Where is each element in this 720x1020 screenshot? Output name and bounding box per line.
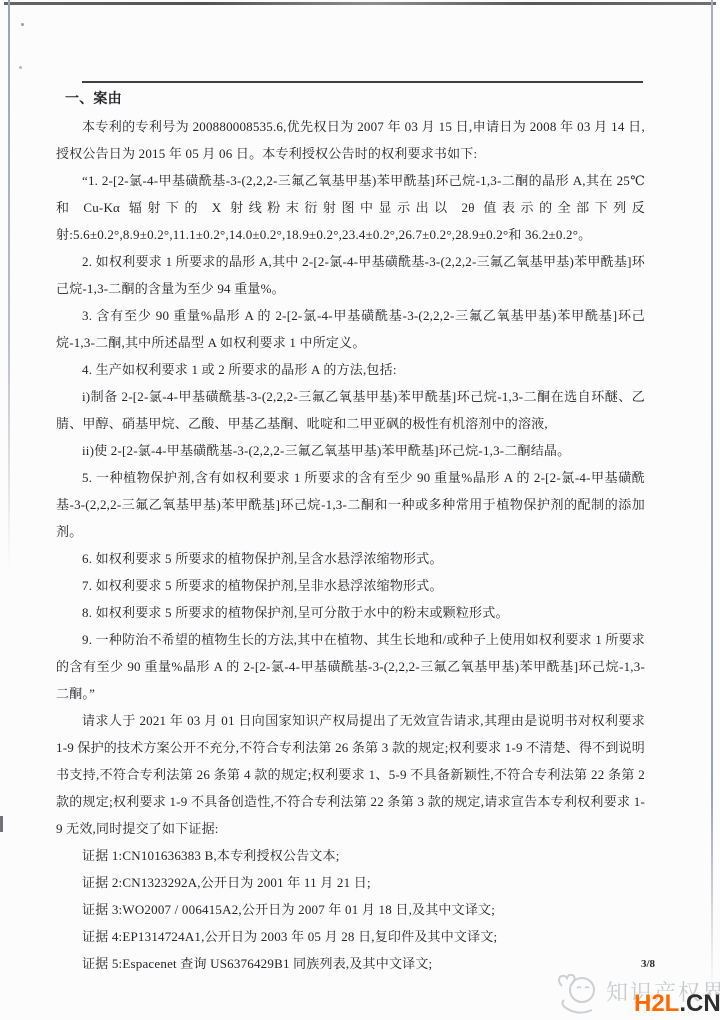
evidence-4: 证据 4:EP1314724A1,公开日为 2003 年 05 月 28 日,复…: [56, 923, 645, 950]
watermark-brand-cn: .CN: [679, 990, 720, 1017]
scan-left-edge: [8, 0, 10, 570]
scan-top-edge: [4, 2, 716, 5]
page-number: 3/8: [641, 958, 655, 970]
claim-8: 8. 如权利要求 5 所要求的植物保护剂,呈可分散于水中的粉末或颗粒形式。: [56, 599, 645, 626]
scan-right-edge: [711, 0, 713, 990]
claim-2: 2. 如权利要求 1 所要求的晶形 A,其中 2-[2-氯-4-甲基磺酰基-3-…: [56, 248, 645, 302]
scan-speck: [21, 23, 24, 26]
claim-9: 9. 一种防治不希望的植物生长的方法,其中在植物、其生长地和/或种子上使用如权利…: [56, 626, 645, 707]
scan-speck: [19, 66, 22, 69]
claim-1: “1. 2-[2-氯-4-甲基磺酰基-3-(2,2,2-三氟乙氧基甲基)苯甲酰基…: [56, 167, 645, 248]
evidence-2: 证据 2:CN1323292A,公开日为 2001 年 11 月 21 日;: [56, 869, 645, 896]
watermark: 知识产权界 H2L.CN: [554, 968, 720, 1018]
section-heading: 一、案由: [65, 86, 645, 113]
claim-7: 7. 如权利要求 5 所要求的植物保护剂,呈非水悬浮浓缩物形式。: [56, 572, 645, 599]
claim-4-step-ii: ii)使 2-[2-氯-4-甲基磺酰基-3-(2,2,2-三氟乙氧基甲基)苯甲酰…: [56, 437, 645, 464]
claim-4: 4. 生产如权利要求 1 或 2 所要求的晶形 A 的方法,包括:: [56, 356, 645, 383]
mascot-bird-icon: [554, 972, 604, 1016]
scanned-patent-document-page: 一、案由 本专利的专利号为 200880008535.6,优先权日为 2007 …: [0, 0, 720, 1020]
claim-4-step-i: i)制备 2-[2-氯-4-甲基磺酰基-3-(2,2,2-三氟乙氧基甲基)苯甲酰…: [56, 383, 645, 437]
claim-5: 5. 一种植物保护剂,含有如权利要求 1 所要求的含有至少 90 重量%晶形 A…: [56, 464, 645, 545]
document-body: 一、案由 本专利的专利号为 200880008535.6,优先权日为 2007 …: [56, 86, 645, 977]
claim-6: 6. 如权利要求 5 所要求的植物保护剂,呈含水悬浮浓缩物形式。: [56, 545, 645, 572]
header-rule: [82, 81, 643, 83]
scan-left-mark: [0, 816, 3, 832]
watermark-brand-h2l: H2L: [634, 990, 679, 1017]
evidence-1: 证据 1:CN101636383 B,本专利授权公告文本;: [56, 842, 645, 869]
evidence-3: 证据 3:WO2007 / 006415A2,公开日为 2007 年 01 月 …: [56, 896, 645, 923]
watermark-brand: H2L.CN: [634, 990, 720, 1018]
paragraph-request: 请求人于 2021 年 03 月 01 日向国家知识产权局提出了无效宣告请求,其…: [56, 707, 645, 842]
paragraph-intro: 本专利的专利号为 200880008535.6,优先权日为 2007 年 03 …: [56, 113, 645, 167]
claim-3: 3. 含有至少 90 重量%晶形 A 的 2-[2-氯-4-甲基磺酰基-3-(2…: [56, 302, 645, 356]
